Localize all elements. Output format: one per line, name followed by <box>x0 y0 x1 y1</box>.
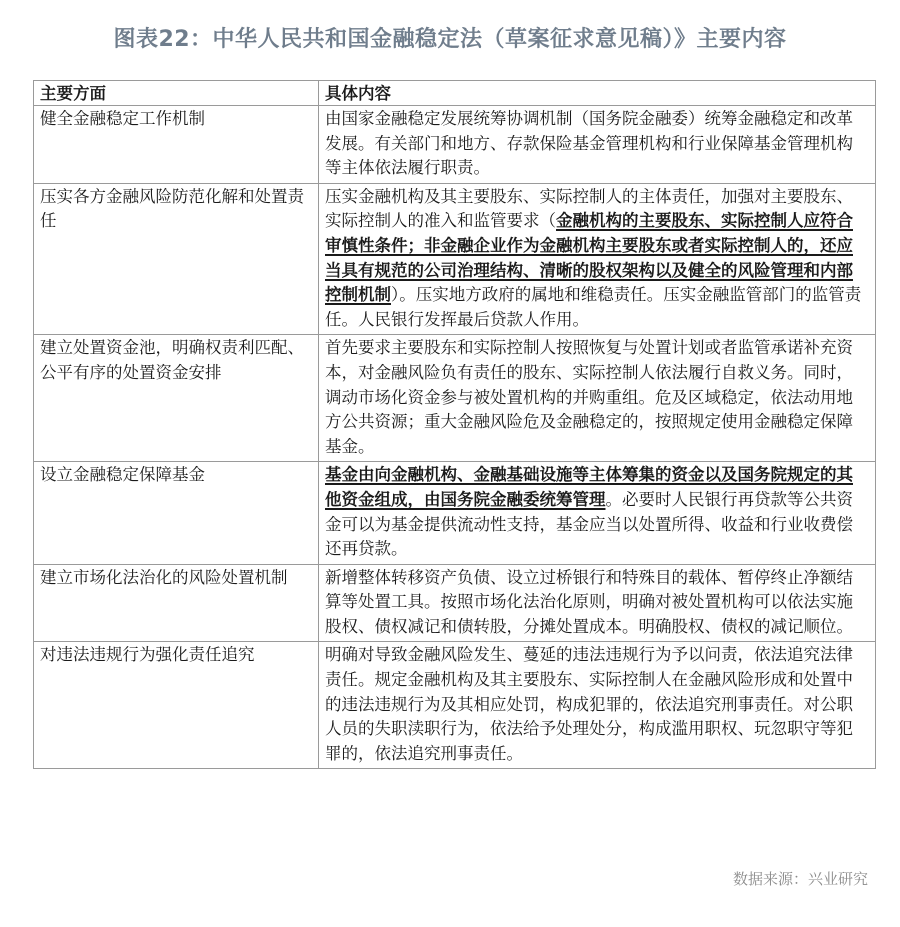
row-content: 由国家金融稳定发展统筹协调机制（国务院金融委）统筹金融稳定和改革发展。有关部门和… <box>319 106 876 184</box>
table-header-row: 主要方面 具体内容 <box>34 81 876 106</box>
row-aspect: 设立金融稳定保障基金 <box>34 462 319 564</box>
table-row: 建立处置资金池，明确权责利匹配、公平有序的处置资金安排 首先要求主要股东和实际控… <box>34 335 876 462</box>
row-content: 压实金融机构及其主要股东、实际控制人的主体责任，加强对主要股东、实际控制人的准入… <box>319 183 876 335</box>
row-aspect: 压实各方金融风险防范化解和处置责任 <box>34 183 319 335</box>
row-content: 首先要求主要股东和实际控制人按照恢复与处置计划或者监管承诺补充资本，对金融风险负… <box>319 335 876 462</box>
table-row: 压实各方金融风险防范化解和处置责任 压实金融机构及其主要股东、实际控制人的主体责… <box>34 183 876 335</box>
figure-title: 图表22：中华人民共和国金融稳定法（草案征求意见稿）》主要内容 <box>0 22 900 53</box>
row-content: 基金由向金融机构、金融基础设施等主体筹集的资金以及国务院规定的其他资金组成，由国… <box>319 462 876 564</box>
table-row: 健全金融稳定工作机制 由国家金融稳定发展统筹协调机制（国务院金融委）统筹金融稳定… <box>34 106 876 184</box>
row-aspect: 建立市场化法治化的风险处置机制 <box>34 564 319 642</box>
header-aspect: 主要方面 <box>34 81 319 106</box>
content-text: 由国家金融稳定发展统筹协调机制（国务院金融委）统筹金融稳定和改革发展。有关部门和… <box>325 109 853 177</box>
content-text: ）。压实地方政府的属地和维稳责任。压实金融监管部门的监管责任。人民银行发挥最后贷… <box>325 285 861 329</box>
data-source-note: 数据来源：兴业研究 <box>733 868 868 889</box>
content-text: 首先要求主要股东和实际控制人按照恢复与处置计划或者监管承诺补充资本，对金融风险负… <box>325 338 853 455</box>
row-content: 新增整体转移资产负债、设立过桥银行和特殊目的载体、暂停终止净额结算等处置工具。按… <box>319 564 876 642</box>
header-content: 具体内容 <box>319 81 876 106</box>
row-content: 明确对导致金融风险发生、蔓延的违法违规行为予以问责，依法追究法律责任。规定金融机… <box>319 642 876 769</box>
content-text: 明确对导致金融风险发生、蔓延的违法违规行为予以问责，依法追究法律责任。规定金融机… <box>325 645 853 762</box>
row-aspect: 对违法违规行为强化责任追究 <box>34 642 319 769</box>
table-row: 设立金融稳定保障基金 基金由向金融机构、金融基础设施等主体筹集的资金以及国务院规… <box>34 462 876 564</box>
content-text: 新增整体转移资产负债、设立过桥银行和特殊目的载体、暂停终止净额结算等处置工具。按… <box>325 568 853 636</box>
content-table: 主要方面 具体内容 健全金融稳定工作机制 由国家金融稳定发展统筹协调机制（国务院… <box>33 80 876 769</box>
table-row: 建立市场化法治化的风险处置机制 新增整体转移资产负债、设立过桥银行和特殊目的载体… <box>34 564 876 642</box>
table-row: 对违法违规行为强化责任追究 明确对导致金融风险发生、蔓延的违法违规行为予以问责，… <box>34 642 876 769</box>
row-aspect: 健全金融稳定工作机制 <box>34 106 319 184</box>
row-aspect: 建立处置资金池，明确权责利匹配、公平有序的处置资金安排 <box>34 335 319 462</box>
